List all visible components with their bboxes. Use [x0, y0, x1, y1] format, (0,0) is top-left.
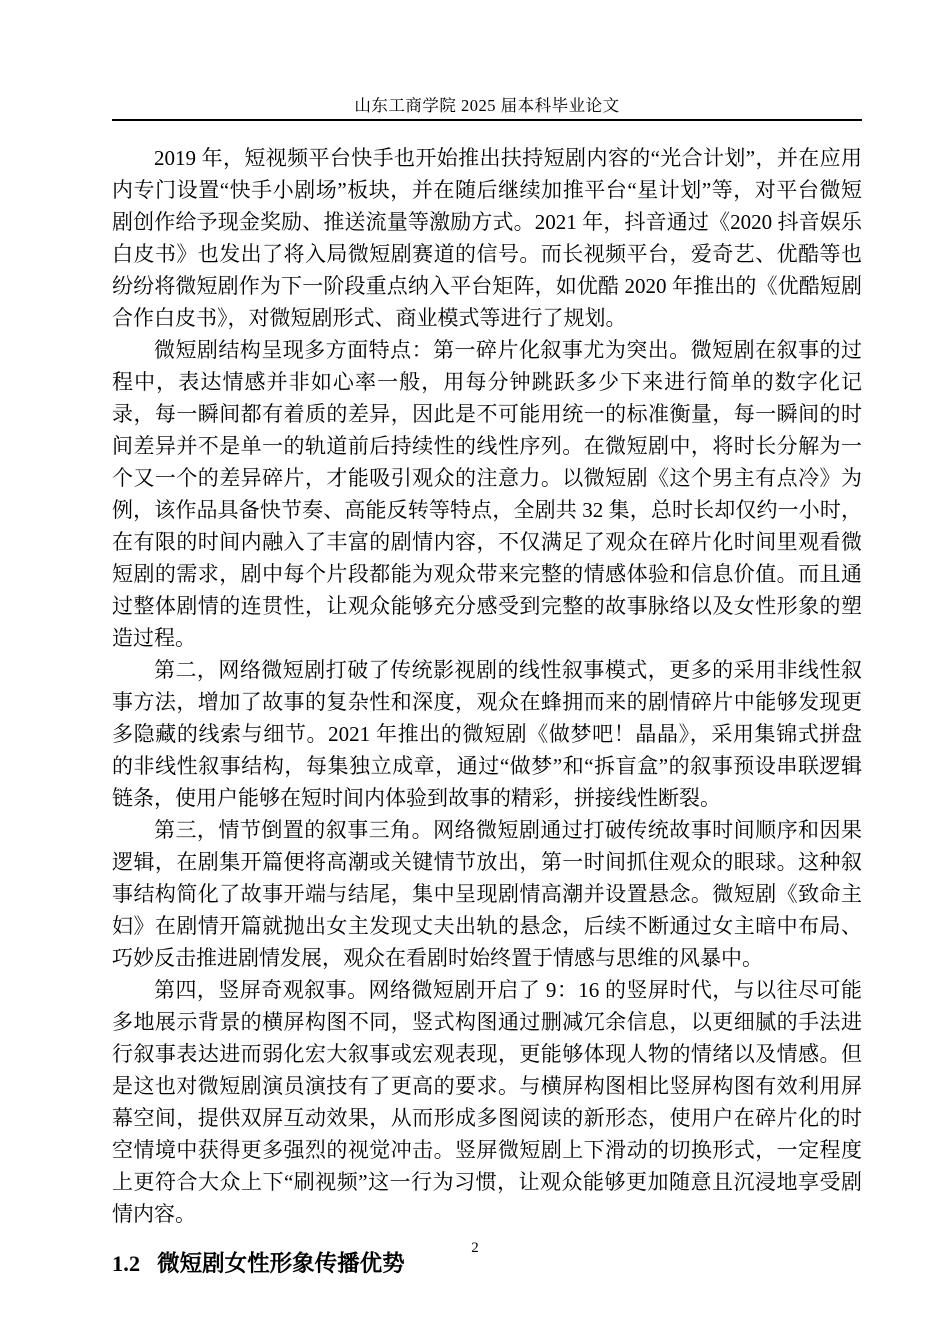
- page-header: 山东工商学院 2025 届本科毕业论文: [112, 95, 862, 129]
- document-body: 2019 年，短视频平台快手也开始推出扶持短剧内容的“光合计划”，并在应用内专门…: [112, 142, 862, 1279]
- paragraph: 2019 年，短视频平台快手也开始推出扶持短剧内容的“光合计划”，并在应用内专门…: [112, 142, 862, 334]
- header-title: 山东工商学院 2025 届本科毕业论文: [112, 95, 862, 116]
- document-page: 山东工商学院 2025 届本科毕业论文 2019 年，短视频平台快手也开始推出扶…: [0, 0, 950, 1344]
- paragraph: 第三，情节倒置的叙事三角。网络微短剧通过打破传统故事时间顺序和因果逻辑，在剧集开…: [112, 814, 862, 974]
- paragraph: 第四，竖屏奇观叙事。网络微短剧开启了 9：16 的竖屏时代，与以往尽可能多地展示…: [112, 974, 862, 1230]
- page-number: 2: [0, 1238, 950, 1258]
- header-rule: [112, 119, 862, 121]
- paragraph: 微短剧结构呈现多方面特点：第一碎片化叙事尤为突出。微短剧在叙事的过程中，表达情感…: [112, 334, 862, 654]
- paragraph: 第二，网络微短剧打破了传统影视剧的线性叙事模式，更多的采用非线性叙事方法，增加了…: [112, 654, 862, 814]
